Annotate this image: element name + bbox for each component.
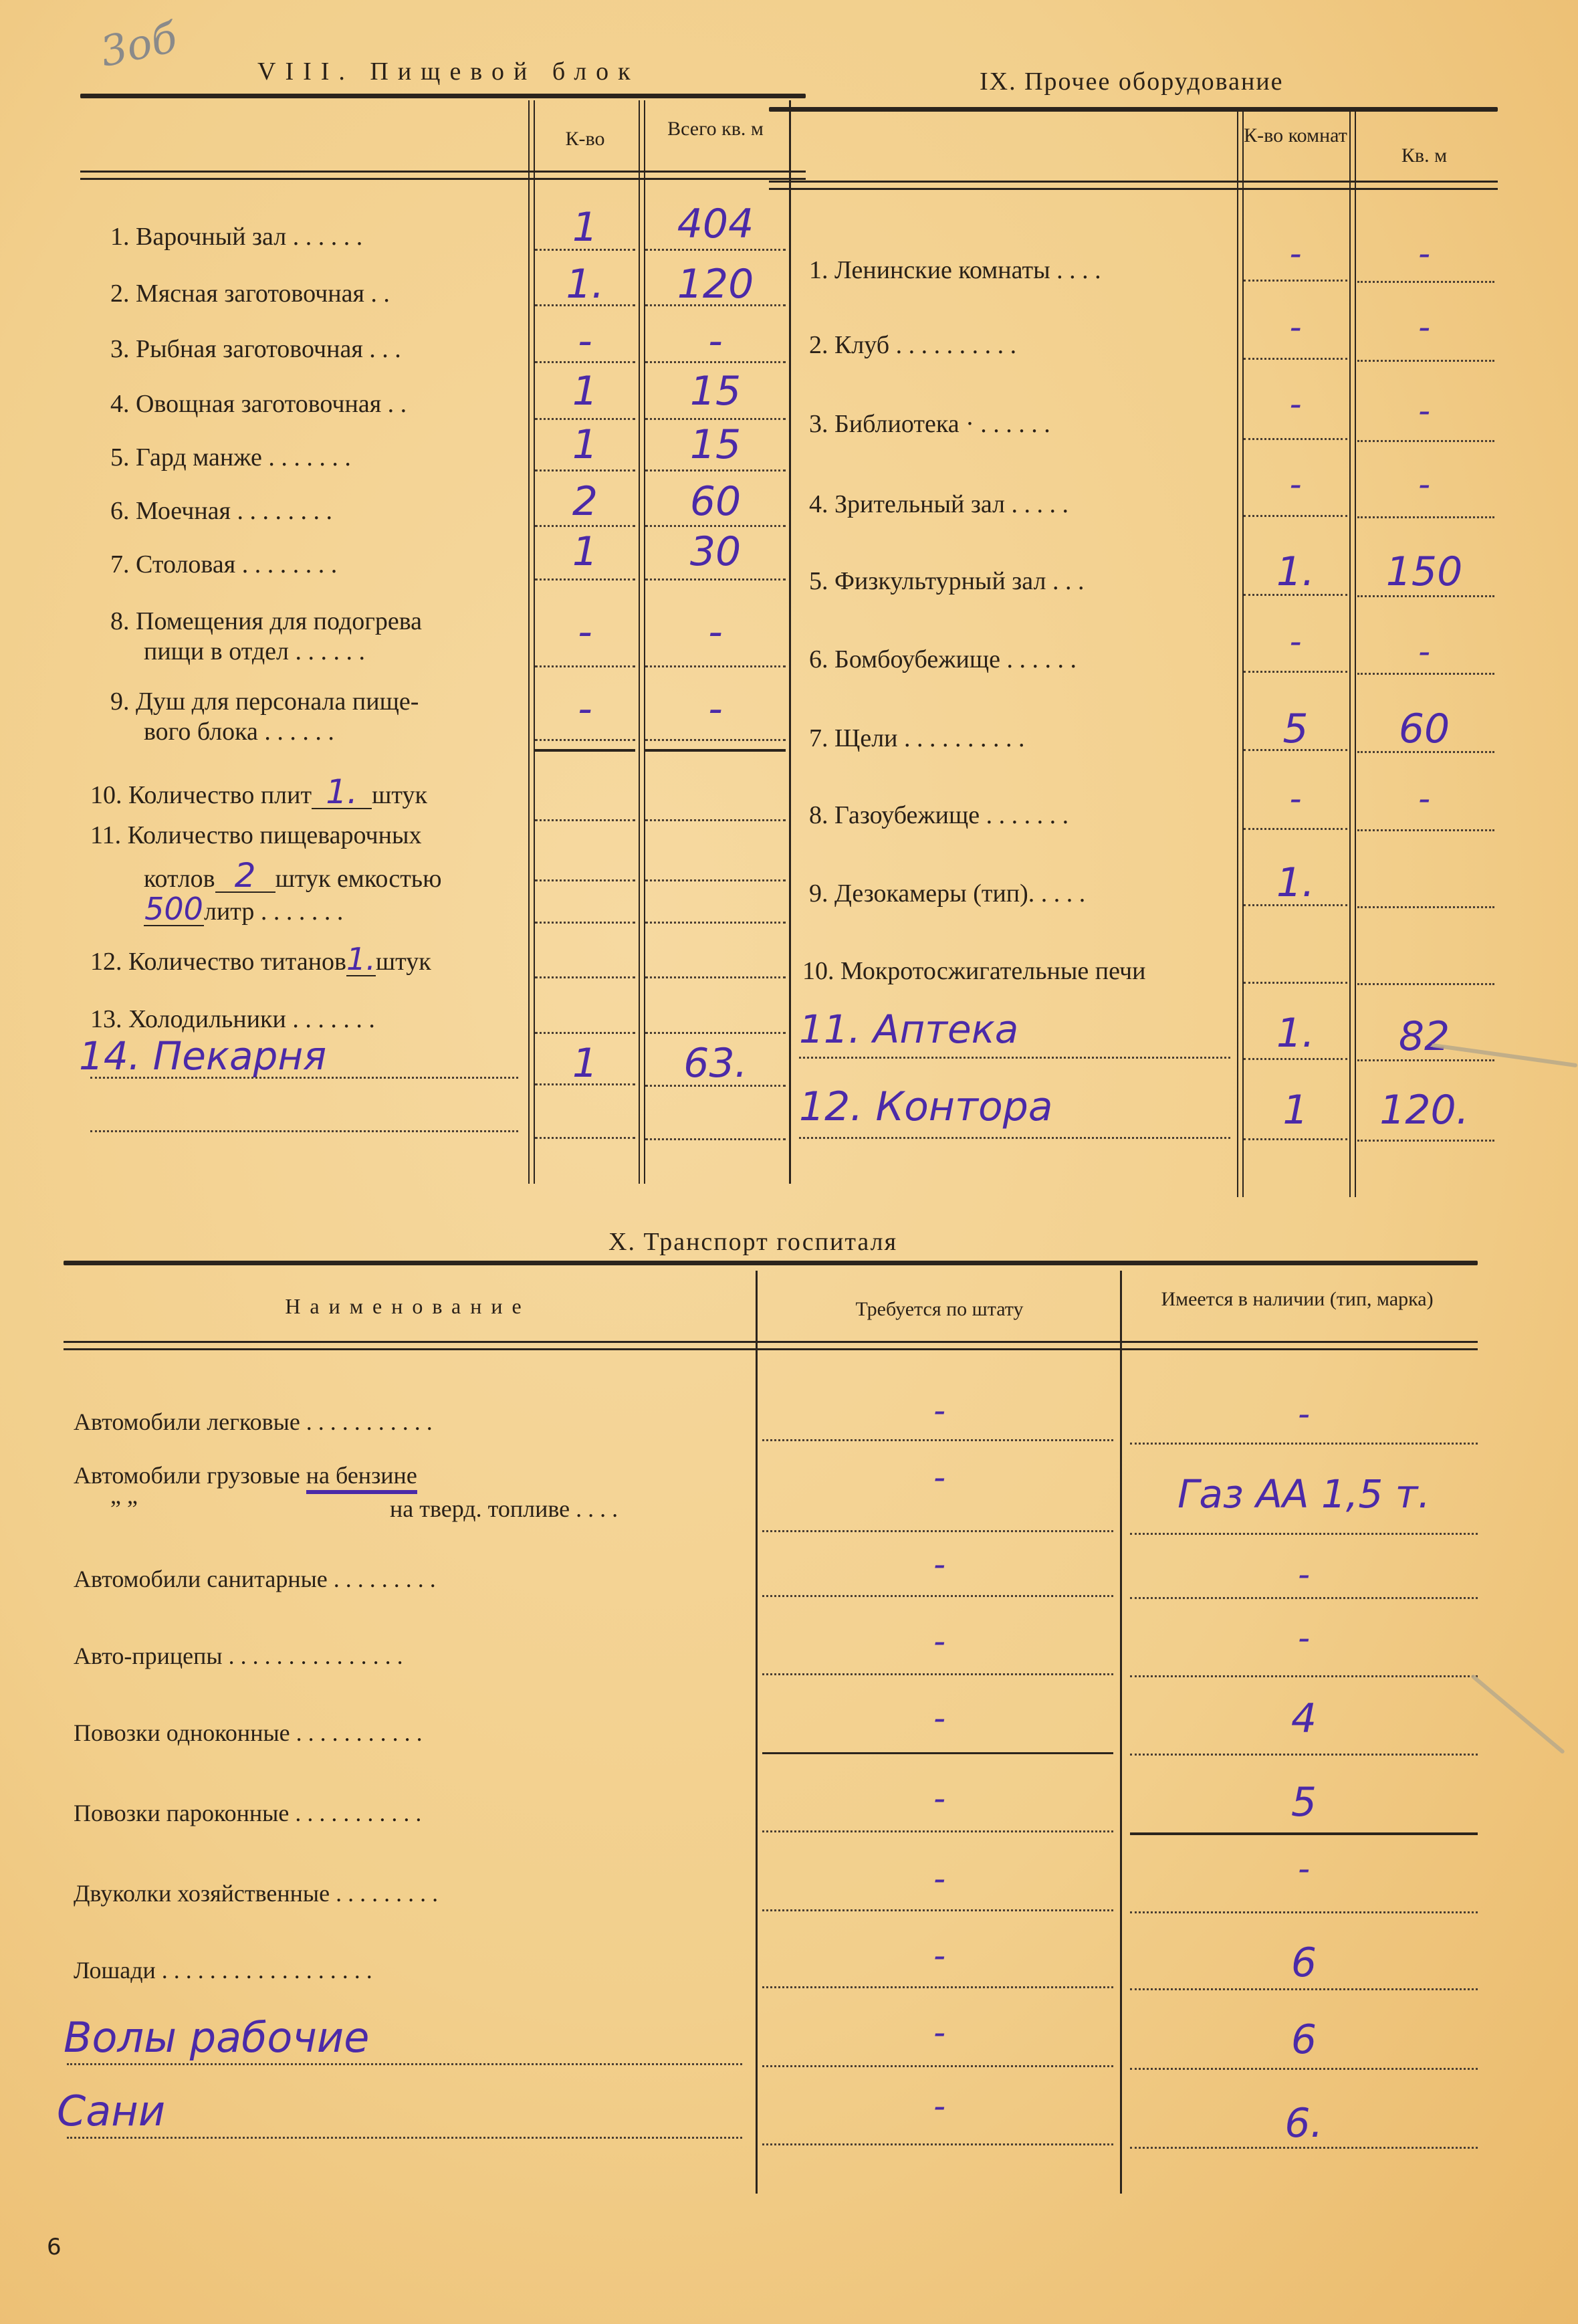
dotted-rule bbox=[762, 1595, 1113, 1597]
dotted-rule bbox=[1244, 828, 1347, 830]
dotted-rule bbox=[645, 304, 786, 306]
ix-row-label: 7. Щели . . . . . . . . . . bbox=[809, 722, 1025, 754]
viii-row-area: - bbox=[645, 689, 786, 729]
x-row-required: - bbox=[762, 1622, 1117, 1661]
dotted-rule bbox=[535, 361, 635, 363]
ix-row-area: 60 bbox=[1357, 709, 1491, 749]
dotted-rule bbox=[1130, 1597, 1478, 1599]
ix-row-label: 3. Библиотека · . . . . . . bbox=[809, 408, 1050, 440]
x-trucks-gasoline: на бензине bbox=[306, 1462, 417, 1494]
dotted-rule bbox=[535, 879, 635, 881]
section-viii-top-rule bbox=[80, 94, 806, 98]
dotted-rule bbox=[1130, 2147, 1478, 2149]
viii-col-divider-2 bbox=[639, 100, 645, 1184]
viii-row-area: - bbox=[645, 612, 786, 652]
viii-titans-row: 12. Количество титанов1.штук bbox=[90, 943, 431, 978]
dotted-rule bbox=[535, 819, 635, 821]
viii-fridges-row: 13. Холодильники . . . . . . . bbox=[90, 1003, 375, 1035]
dotted-rule bbox=[762, 1909, 1113, 1911]
ix-row-area: - bbox=[1357, 234, 1491, 273]
viii-row-label: 7. Столовая . . . . . . . . bbox=[110, 548, 337, 580]
viii-boilers-line1: 11. Количество пищеварочных bbox=[90, 819, 422, 851]
viii-row-label: 1. Варочный зал . . . . . . bbox=[110, 221, 362, 253]
dotted-rule bbox=[1357, 751, 1494, 753]
dotted-rule bbox=[1357, 516, 1494, 518]
x-row-label: Повозки одноконные . . . . . . . . . . . bbox=[74, 1719, 423, 1747]
section-x-title: X. Транспорт госпиталя bbox=[608, 1227, 897, 1257]
dotted-rule bbox=[1244, 358, 1347, 360]
viii-row-area: 15 bbox=[645, 371, 786, 411]
dotted-rule bbox=[67, 2137, 742, 2139]
dotted-rule bbox=[762, 1986, 1113, 1988]
ix-row-qty: - bbox=[1244, 234, 1347, 273]
viii-row-area: 120 bbox=[645, 264, 786, 304]
dotted-rule bbox=[1130, 1988, 1478, 1990]
viii-boilers-line3: 500литр . . . . . . . bbox=[144, 893, 343, 928]
dotted-rule bbox=[90, 1130, 518, 1132]
dotted-rule bbox=[645, 819, 786, 821]
dotted-rule bbox=[762, 2143, 1113, 2145]
dotted-rule bbox=[1357, 829, 1494, 831]
section-ix-title: IX. Прочее оборудование bbox=[980, 67, 1284, 96]
viii-row-label: 6. Моечная . . . . . . . . bbox=[110, 495, 332, 527]
dotted-rule bbox=[1357, 1059, 1494, 1061]
x-col-head-available: Имеется в наличии (тип, марка) bbox=[1137, 1287, 1458, 1311]
ix-row-label: 9. Дезокамеры (тип). . . . . bbox=[809, 877, 1085, 910]
page-number: 6 bbox=[47, 2234, 62, 2260]
viii-col-divider-3 bbox=[789, 100, 791, 1184]
viii-row-label-line2: пищи в отдел . . . . . . bbox=[144, 635, 365, 667]
dotted-rule bbox=[535, 578, 635, 580]
dotted-rule bbox=[645, 976, 786, 978]
ix-row-label: 4. Зрительный зал . . . . . bbox=[809, 488, 1068, 520]
dotted-rule bbox=[1244, 280, 1347, 282]
dotted-rule bbox=[1130, 1754, 1478, 1756]
viii-col-head-qty: К-во bbox=[535, 127, 635, 151]
x-row-label: Автомобили легковые . . . . . . . . . . … bbox=[74, 1408, 433, 1436]
dotted-rule bbox=[1130, 2068, 1478, 2070]
ix-row-qty: 1. bbox=[1244, 552, 1347, 592]
x-row-available: - bbox=[1130, 1555, 1478, 1594]
dotted-rule bbox=[1357, 1140, 1494, 1142]
ix-col-divider-2 bbox=[1349, 110, 1356, 1197]
dotted-rule bbox=[645, 922, 786, 924]
dotted-rule bbox=[1244, 515, 1347, 517]
ix-row-qty: - bbox=[1244, 622, 1347, 661]
solid-rule bbox=[1130, 1832, 1478, 1835]
x-row-required: - bbox=[762, 1391, 1117, 1430]
dotted-rule bbox=[1357, 440, 1494, 442]
dotted-rule bbox=[645, 361, 786, 363]
boilers-prefix: котлов bbox=[144, 865, 215, 893]
x-row-available: 5 bbox=[1130, 1782, 1478, 1822]
dotted-rule bbox=[1244, 1058, 1347, 1060]
x-row-ditto: ” ” bbox=[110, 1495, 138, 1523]
dotted-rule bbox=[645, 879, 786, 881]
x-row-required: - bbox=[762, 1859, 1117, 1898]
dotted-rule bbox=[535, 1137, 635, 1139]
section-x-top-rule bbox=[64, 1261, 1478, 1265]
ix-row-label: 6. Бомбоубежище . . . . . . bbox=[809, 643, 1077, 675]
viii-row-qty: - bbox=[535, 321, 635, 361]
dotted-rule bbox=[535, 739, 635, 741]
dotted-rule bbox=[1130, 1443, 1478, 1445]
dotted-rule bbox=[645, 418, 786, 420]
ix-row-label-handwritten: 12. Контора bbox=[799, 1083, 1053, 1130]
viii-row-qty: 1 bbox=[535, 371, 635, 411]
ix-row-area: - bbox=[1357, 308, 1491, 346]
ix-col-head-rooms: К-во комнат bbox=[1244, 124, 1347, 148]
titans-suffix: штук bbox=[376, 948, 431, 976]
dotted-rule bbox=[762, 1830, 1113, 1832]
dotted-rule bbox=[1244, 904, 1347, 906]
dotted-rule bbox=[762, 1530, 1113, 1532]
x-row-label-line2: на тверд. топливе . . . . bbox=[390, 1495, 618, 1523]
x-row-label: Лошади . . . . . . . . . . . . . . . . .… bbox=[74, 1956, 372, 1984]
ix-row-label-handwritten: 11. Аптека bbox=[799, 1007, 1018, 1052]
dotted-rule bbox=[67, 2063, 742, 2065]
boilers-mid: штук емкостью bbox=[275, 865, 442, 893]
ix-row-area: - bbox=[1357, 779, 1491, 818]
ix-row-area: - bbox=[1357, 465, 1491, 504]
section-viii-header-rule bbox=[80, 171, 806, 180]
dotted-rule bbox=[1357, 906, 1494, 908]
x-col-head-required: Требуется по штату bbox=[762, 1297, 1117, 1322]
ix-row-label: 2. Клуб . . . . . . . . . . bbox=[809, 329, 1016, 361]
stoves-suffix: штук bbox=[372, 781, 427, 809]
viii-row-label: 3. Рыбная заготовочная . . . bbox=[110, 333, 401, 365]
viii-bakery-area: 63. bbox=[645, 1043, 786, 1083]
dotted-rule bbox=[535, 249, 635, 251]
section-ix-header-rule bbox=[769, 181, 1498, 190]
viii-bakery-qty: 1 bbox=[535, 1043, 635, 1083]
ix-row-qty: - bbox=[1244, 385, 1347, 423]
viii-row-area: 30 bbox=[645, 532, 786, 572]
dotted-rule bbox=[1357, 281, 1494, 283]
dotted-rule bbox=[645, 1032, 786, 1034]
dotted-rule bbox=[1357, 673, 1494, 675]
ix-row-qty: 1. bbox=[1244, 863, 1347, 903]
viii-row-qty: 1. bbox=[535, 264, 635, 304]
x-trucks-label: Автомобили грузовые bbox=[74, 1462, 300, 1489]
dotted-rule bbox=[1357, 360, 1494, 362]
viii-row-qty: 1 bbox=[535, 207, 635, 247]
viii-row-area: 15 bbox=[645, 425, 786, 465]
viii-row-label: 5. Гард манже . . . . . . . bbox=[110, 441, 351, 473]
dotted-rule bbox=[762, 1439, 1113, 1441]
dotted-rule bbox=[1130, 1675, 1478, 1677]
x-row-label: Автомобили грузовые на бензине bbox=[74, 1461, 417, 1489]
dotted-rule bbox=[535, 418, 635, 420]
viii-boilers-line2: котлов2штук емкостью bbox=[144, 859, 442, 895]
section-x-header-rule bbox=[64, 1341, 1478, 1350]
dotted-rule bbox=[645, 1138, 786, 1140]
ix-row-label: 1. Ленинские комнаты . . . . bbox=[809, 254, 1101, 286]
viii-row-label: 4. Овощная заготовочная . . bbox=[110, 388, 407, 420]
viii-row-area: - bbox=[645, 321, 786, 361]
solid-rule bbox=[762, 1752, 1113, 1754]
ix-row-area: 120. bbox=[1357, 1090, 1491, 1130]
ix-row-qty: 1. bbox=[1244, 1013, 1347, 1053]
x-row-available: - bbox=[1130, 1618, 1478, 1657]
ix-row-area: - bbox=[1357, 632, 1491, 671]
dotted-rule bbox=[1244, 594, 1347, 596]
x-row-available: - bbox=[1130, 1849, 1478, 1888]
dotted-rule bbox=[535, 1083, 635, 1085]
x-row-label: Повозки пароконные . . . . . . . . . . . bbox=[74, 1799, 421, 1827]
x-col-head-name: Наименование bbox=[67, 1294, 749, 1318]
dotted-rule bbox=[1244, 1138, 1347, 1140]
dotted-rule bbox=[1130, 1533, 1478, 1535]
x-row-required: - bbox=[762, 2013, 1117, 2052]
dotted-rule bbox=[535, 525, 635, 527]
viii-row-qty: 1 bbox=[535, 425, 635, 465]
viii-col-divider-1 bbox=[528, 100, 535, 1184]
dotted-rule bbox=[762, 2065, 1113, 2067]
viii-row-qty: - bbox=[535, 689, 635, 729]
folio-mark: 3об bbox=[96, 13, 181, 76]
section-viii-title: VIII. Пищевой блок bbox=[257, 57, 640, 86]
dotted-rule bbox=[645, 578, 786, 580]
dotted-rule bbox=[762, 1673, 1113, 1675]
dotted-rule bbox=[645, 665, 786, 667]
viii-row-area: 404 bbox=[645, 204, 786, 244]
x-row-label: Автомобили санитарные . . . . . . . . . bbox=[74, 1565, 436, 1593]
viii-stoves-row: 10. Количество плит1.штук bbox=[90, 776, 427, 811]
x-row-available: - bbox=[1130, 1394, 1478, 1433]
viii-row-area: 60 bbox=[645, 482, 786, 522]
x-row-required: - bbox=[762, 1699, 1117, 1737]
dotted-rule bbox=[535, 665, 635, 667]
dotted-rule bbox=[1130, 1911, 1478, 1913]
stoves-prefix: 10. Количество плит bbox=[90, 781, 312, 809]
viii-row-label-line1: 8. Помещения для подогрева bbox=[110, 605, 422, 637]
ix-row-qty: - bbox=[1244, 465, 1347, 504]
x-row-available: 6. bbox=[1130, 2103, 1478, 2143]
section-ix-top-rule bbox=[769, 107, 1498, 112]
binding-string bbox=[1470, 1674, 1565, 1754]
ix-row-qty: - bbox=[1244, 308, 1347, 346]
titans-count: 1. bbox=[346, 943, 376, 976]
dotted-rule bbox=[645, 525, 786, 527]
dotted-rule bbox=[1357, 983, 1494, 985]
solid-rule bbox=[535, 749, 635, 752]
x-row-label: Авто-прицепы . . . . . . . . . . . . . .… bbox=[74, 1642, 403, 1670]
dotted-rule bbox=[1244, 438, 1347, 440]
x-row-required: - bbox=[762, 1779, 1117, 1818]
x-row-required: - bbox=[762, 1458, 1117, 1497]
dotted-rule bbox=[1244, 749, 1347, 751]
viii-col-head-area: Всего кв. м bbox=[645, 117, 786, 141]
viii-row-qty: 2 bbox=[535, 482, 635, 522]
viii-row-qty: - bbox=[535, 612, 635, 652]
x-row-required: - bbox=[762, 1936, 1117, 1975]
dotted-rule bbox=[645, 249, 786, 251]
x-row-required: - bbox=[762, 2087, 1117, 2125]
dotted-rule bbox=[1244, 671, 1347, 673]
ix-col-divider-1 bbox=[1237, 110, 1244, 1197]
ix-row-label: 10. Мокротосжигательные печи bbox=[802, 955, 1145, 987]
x-row-available: 6 bbox=[1130, 1943, 1478, 1983]
ix-row-qty: - bbox=[1244, 779, 1347, 818]
ix-row-area: - bbox=[1357, 391, 1491, 430]
x-col-divider-2 bbox=[1120, 1271, 1122, 2194]
viii-row-label: 2. Мясная заготовочная . . bbox=[110, 278, 390, 310]
ix-row-label: 5. Физкультурный зал . . . bbox=[809, 565, 1084, 597]
dotted-rule bbox=[535, 469, 635, 471]
ix-row-qty: 5 bbox=[1244, 709, 1347, 749]
dotted-rule bbox=[535, 1032, 635, 1034]
dotted-rule bbox=[645, 739, 786, 741]
dotted-rule bbox=[535, 976, 635, 978]
x-col-divider-1 bbox=[756, 1271, 758, 2194]
ix-row-area: 150 bbox=[1357, 552, 1491, 592]
solid-rule bbox=[645, 749, 786, 752]
viii-row-label-line1: 9. Душ для персонала пище- bbox=[110, 685, 419, 718]
dotted-rule bbox=[535, 304, 635, 306]
dotted-rule bbox=[1244, 982, 1347, 984]
viii-bakery-label: 14. Пекарня bbox=[79, 1033, 326, 1079]
viii-row-qty: 1 bbox=[535, 532, 635, 572]
dotted-rule bbox=[645, 1085, 786, 1087]
boilers-count: 2 bbox=[215, 859, 275, 893]
dotted-rule bbox=[799, 1057, 1230, 1059]
boilers-capacity: 500 bbox=[144, 893, 204, 926]
dotted-rule bbox=[645, 469, 786, 471]
viii-row-label-line2: вого блока . . . . . . bbox=[144, 716, 334, 748]
x-row-required: - bbox=[762, 1545, 1117, 1584]
stoves-count: 1. bbox=[312, 776, 372, 809]
dotted-rule bbox=[1357, 595, 1494, 597]
x-row-label-handwritten: Сани bbox=[57, 2087, 165, 2135]
ix-row-label: 8. Газоубежище . . . . . . . bbox=[809, 799, 1068, 831]
x-row-label-handwritten: Волы рабочие bbox=[64, 2013, 369, 2062]
ix-row-qty: 1 bbox=[1244, 1090, 1347, 1130]
dotted-rule bbox=[799, 1137, 1230, 1139]
titans-prefix: 12. Количество титанов bbox=[90, 948, 346, 976]
boilers-suffix: литр . . . . . . . bbox=[204, 897, 343, 926]
x-row-label: Двуколки хозяйственные . . . . . . . . . bbox=[74, 1879, 438, 1907]
x-row-available: Газ АА 1,5 т. bbox=[1130, 1471, 1478, 1517]
dotted-rule bbox=[90, 1077, 518, 1079]
dotted-rule bbox=[535, 922, 635, 924]
ix-col-head-area: Кв. м bbox=[1357, 144, 1491, 168]
x-row-available: 6 bbox=[1130, 2020, 1478, 2060]
x-row-available: 4 bbox=[1130, 1699, 1478, 1739]
